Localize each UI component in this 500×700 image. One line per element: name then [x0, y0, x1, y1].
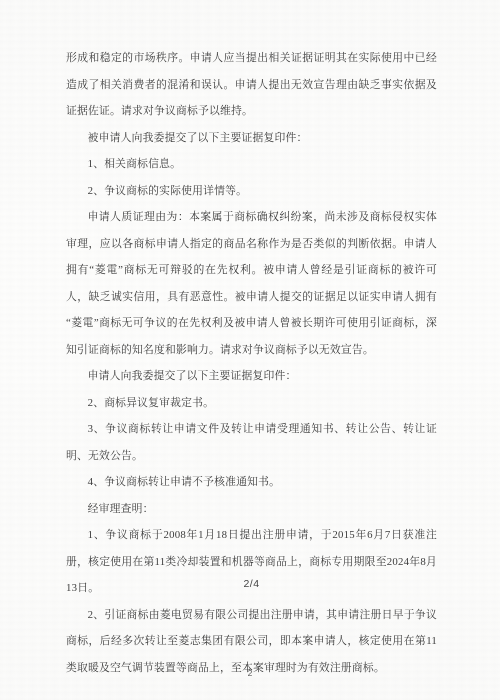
page-number-indicator: 2/4 [66, 577, 437, 591]
para-respondent-evidence-item-2: 2、争议商标的实际使用详情等。 [66, 178, 437, 205]
para-respondent-evidence-intro: 被申请人向我委提交了以下主要证据复印件： [66, 125, 437, 152]
para-market-order-continuation: 形成和稳定的市场秩序。申请人应当提出相关证据证明其在实际使用中已经造成了相关消费… [66, 45, 437, 125]
para-findings-heading: 经审理查明： [66, 496, 437, 523]
para-applicant-evidence-item-2: 2、商标异议复审裁定书。 [66, 390, 437, 417]
sheet-page-number: 2 [0, 668, 500, 679]
scanned-document-page: 形成和稳定的市场秩序。申请人应当提出相关证据证明其在实际使用中已经造成了相关消费… [0, 0, 500, 700]
para-applicant-evidence-item-3: 3、争议商标转让申请文件及转让申请受理通知书、转让公告、转让证明、无效公告。 [66, 416, 437, 469]
para-applicant-cross-examination: 申请人质证理由为：本案属于商标确权纠纷案，尚未涉及商标侵权实体审理，应以各商标申… [66, 204, 437, 363]
para-respondent-evidence-item-1: 1、相关商标信息。 [66, 151, 437, 178]
para-applicant-evidence-intro: 申请人向我委提交了以下主要证据复印件： [66, 363, 437, 390]
para-applicant-evidence-item-4: 4、争议商标转让申请不予核准通知书。 [66, 469, 437, 496]
